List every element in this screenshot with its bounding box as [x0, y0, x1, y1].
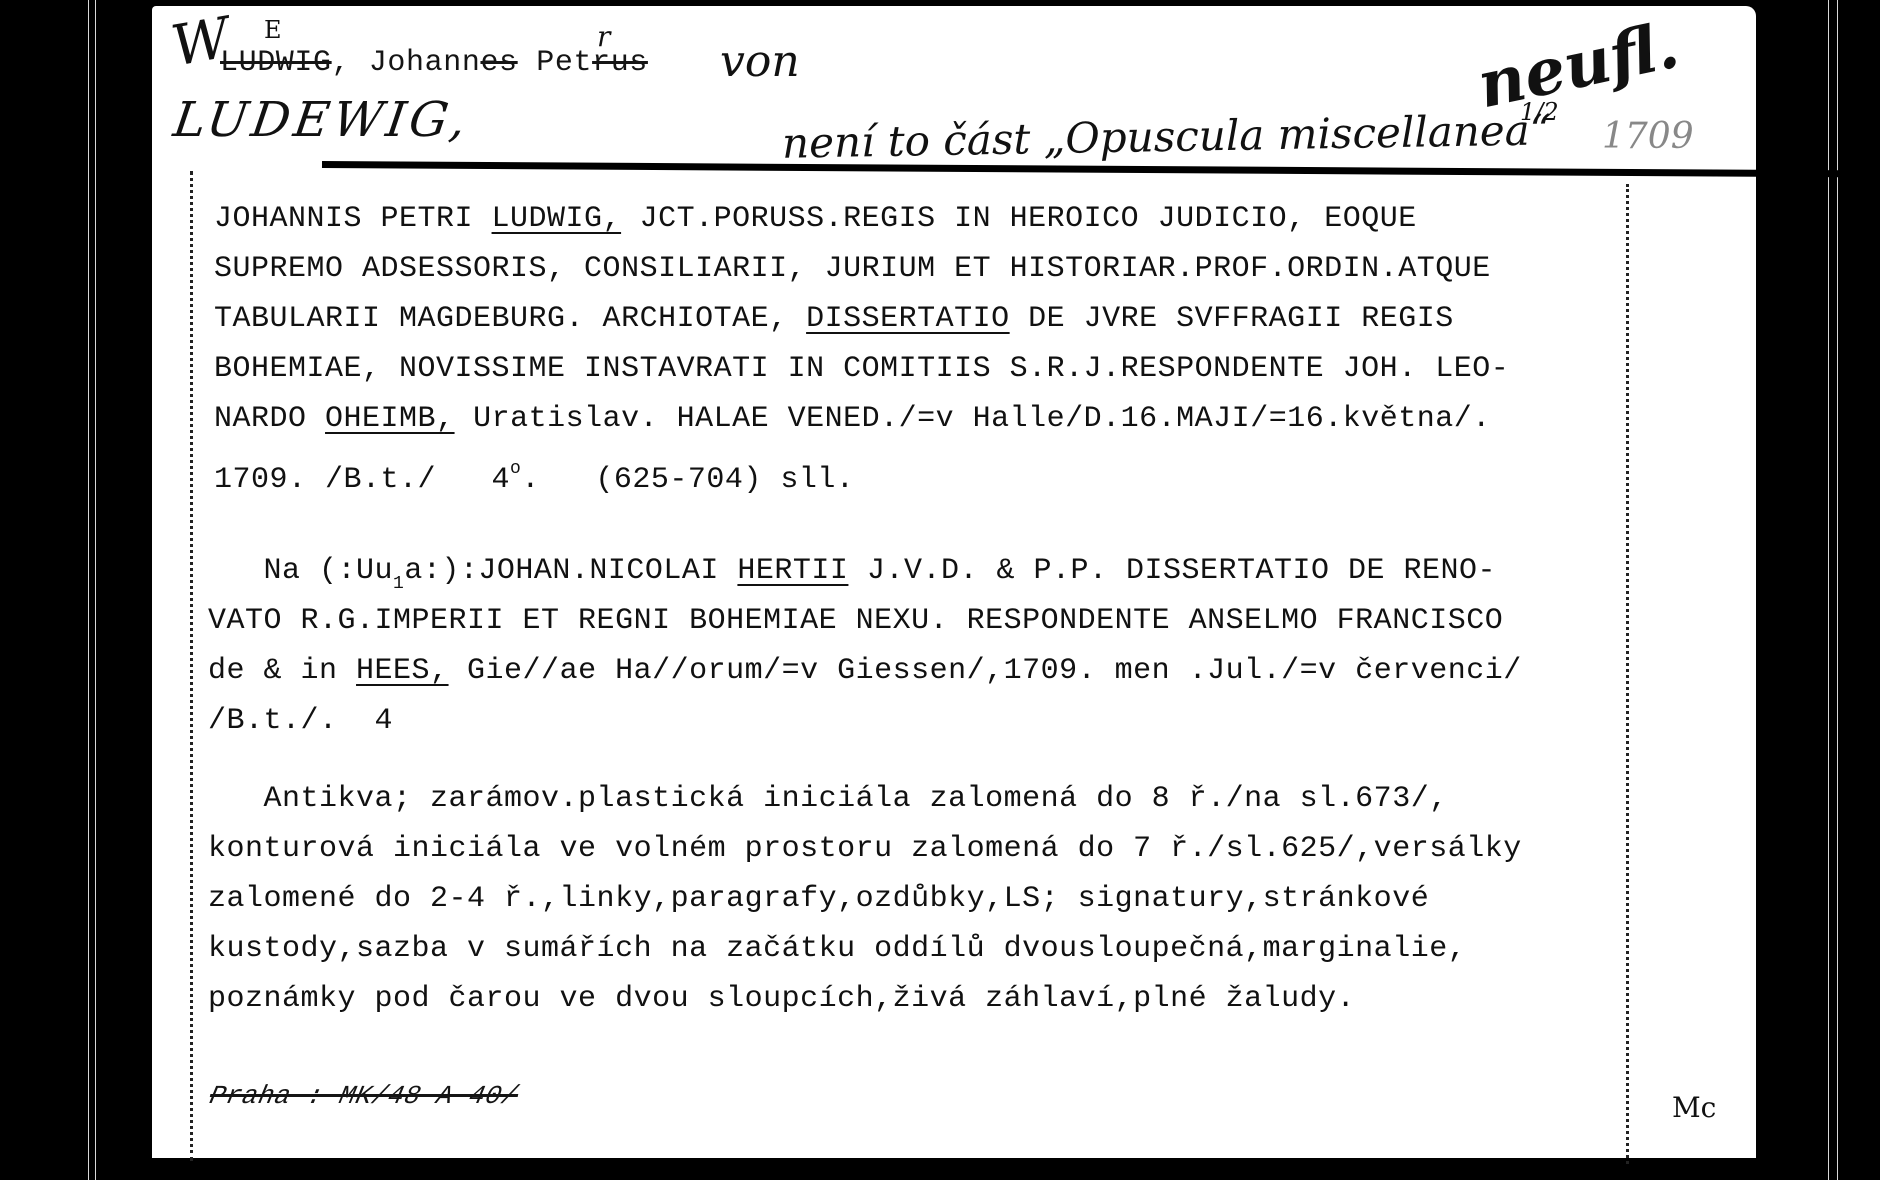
text-segment: Gie//ae Ha//orum/=v Giessen/,1709. men .…: [449, 654, 1522, 688]
left-margin-line: [190, 171, 193, 1161]
underlined-term: LUDWIG,: [492, 202, 622, 236]
typed-line: Antikva; zarámov.plastická iniciála zalo…: [208, 774, 1522, 824]
text-segment: a:):JOHAN.NICOLAI: [404, 554, 737, 588]
text-segment: NARDO: [214, 402, 325, 436]
given-correction-above: r: [597, 20, 610, 53]
text-segment: JCT.PORUSS.REGIS IN HEROICO JUDICIO, EOQ…: [621, 202, 1417, 236]
text-segment: . (625-704) sll.: [521, 463, 854, 497]
typed-line: VATO R.G.IMPERII ET REGNI BOHEMIAE NEXU.…: [208, 596, 1522, 646]
text-segment: DE JVRE SVFFRAGII REGIS: [1010, 302, 1454, 336]
underlined-term: DISSERTATIO: [806, 302, 1010, 336]
typed-line: NARDO OHEIMB, Uratislav. HALAE VENED./=v…: [214, 394, 1509, 444]
catalog-card: W E LUDWIG, Johannes Petrus r von LUDEWI…: [152, 6, 1756, 1158]
typed-line: 1709. /B.t./ 4o. (625-704) sll.: [214, 444, 1509, 494]
text-segment: 1709. /B.t./ 4: [214, 463, 510, 497]
text-segment: J.V.D. & P.P. DISSERTATIO DE RENO-: [848, 554, 1496, 588]
text-segment: konturová iniciála ve volném prostoru za…: [208, 832, 1522, 866]
text-segment: SUPREMO ADSESSORIS, CONSILIARII, JURIUM …: [214, 252, 1491, 286]
underlined-term: HERTII: [737, 554, 848, 588]
struck-fragment: es: [480, 46, 517, 80]
text-segment: de & in: [208, 654, 356, 688]
heading-typed-name: LUDWIG, Johannes Petrus: [220, 46, 648, 80]
typed-line: SUPREMO ADSESSORIS, CONSILIARII, JURIUM …: [214, 244, 1509, 294]
given-mid: Pet: [518, 46, 592, 80]
underlined-term: OHEIMB,: [325, 402, 455, 436]
scan-edge-line: [88, 0, 89, 1180]
scan-edge-line: [95, 0, 96, 1180]
struck-surname: LUDWIG: [220, 46, 332, 80]
handwritten-note-superscript: 1/2: [1520, 98, 1559, 126]
typed-line: de & in HEES, Gie//ae Ha//orum/=v Giesse…: [208, 646, 1522, 696]
text-segment: 1: [393, 574, 404, 594]
text-segment: BOHEMIAE, NOVISSIME INSTAVRATI IN COMITI…: [214, 352, 1509, 386]
handwritten-note: není to část „Opuscula miscellanea“: [782, 105, 1552, 167]
typed-line: /B.t./. 4: [208, 696, 1522, 746]
typed-line: zalomené do 2-4 ř.,linky,paragrafy,ozdůb…: [208, 874, 1522, 924]
correction-above-surname: E: [264, 16, 282, 44]
typed-line: BOHEMIAE, NOVISSIME INSTAVRATI IN COMITI…: [214, 344, 1509, 394]
struck-shelfmark: Praha : MK/48 A 40/: [207, 1081, 521, 1111]
text-segment: /B.t./. 4: [208, 704, 393, 738]
right-margin-line: [1626, 184, 1629, 1164]
typed-line: TABULARII MAGDEBURG. ARCHIOTAE, DISSERTA…: [214, 294, 1509, 344]
typed-line: Na (:Uu1a:):JOHAN.NICOLAI HERTII J.V.D. …: [208, 546, 1522, 596]
typed-line: kustody,sazba v sumářích na začátku oddí…: [208, 924, 1522, 974]
text-segment: Na (:Uu: [208, 554, 393, 588]
description-block: Antikva; zarámov.plastická iniciála zalo…: [208, 774, 1522, 1024]
text-segment: VATO R.G.IMPERII ET REGNI BOHEMIAE NEXU.…: [208, 604, 1503, 638]
bound-with-block: Na (:Uu1a:):JOHAN.NICOLAI HERTII J.V.D. …: [208, 546, 1522, 746]
handwritten-corrected-surname: LUDEWIG,: [170, 92, 473, 148]
text-segment: JOHANNIS PETRI: [214, 202, 492, 236]
text-segment: zalomené do 2-4 ř.,linky,paragrafy,ozdůb…: [208, 882, 1429, 916]
text-segment: kustody,sazba v sumářích na začátku oddí…: [208, 932, 1466, 966]
handwritten-particle: von: [720, 36, 800, 87]
typed-line: JOHANNIS PETRI LUDWIG, JCT.PORUSS.REGIS …: [214, 194, 1509, 244]
underlined-term: HEES,: [356, 654, 449, 688]
text-segment: Antikva; zarámov.plastická iniciála zalo…: [208, 782, 1448, 816]
heading-rule: [322, 161, 1842, 177]
text-segment: poznámky pod čarou ve dvou sloupcích,živ…: [208, 982, 1355, 1016]
typed-line: poznámky pod čarou ve dvou sloupcích,živ…: [208, 974, 1522, 1024]
text-segment: o: [510, 459, 521, 479]
text-segment: Uratislav. HALAE VENED./=v Halle/D.16.MA…: [455, 402, 1491, 436]
faint-year: 1709: [1602, 116, 1694, 157]
title-block: JOHANNIS PETRI LUDWIG, JCT.PORUSS.REGIS …: [214, 194, 1509, 494]
cataloger-initials: Mc: [1672, 1091, 1716, 1124]
text-segment: TABULARII MAGDEBURG. ARCHIOTAE,: [214, 302, 806, 336]
typed-line: konturová iniciála ve volném prostoru za…: [208, 824, 1522, 874]
given-prefix: , Johann: [332, 46, 481, 80]
